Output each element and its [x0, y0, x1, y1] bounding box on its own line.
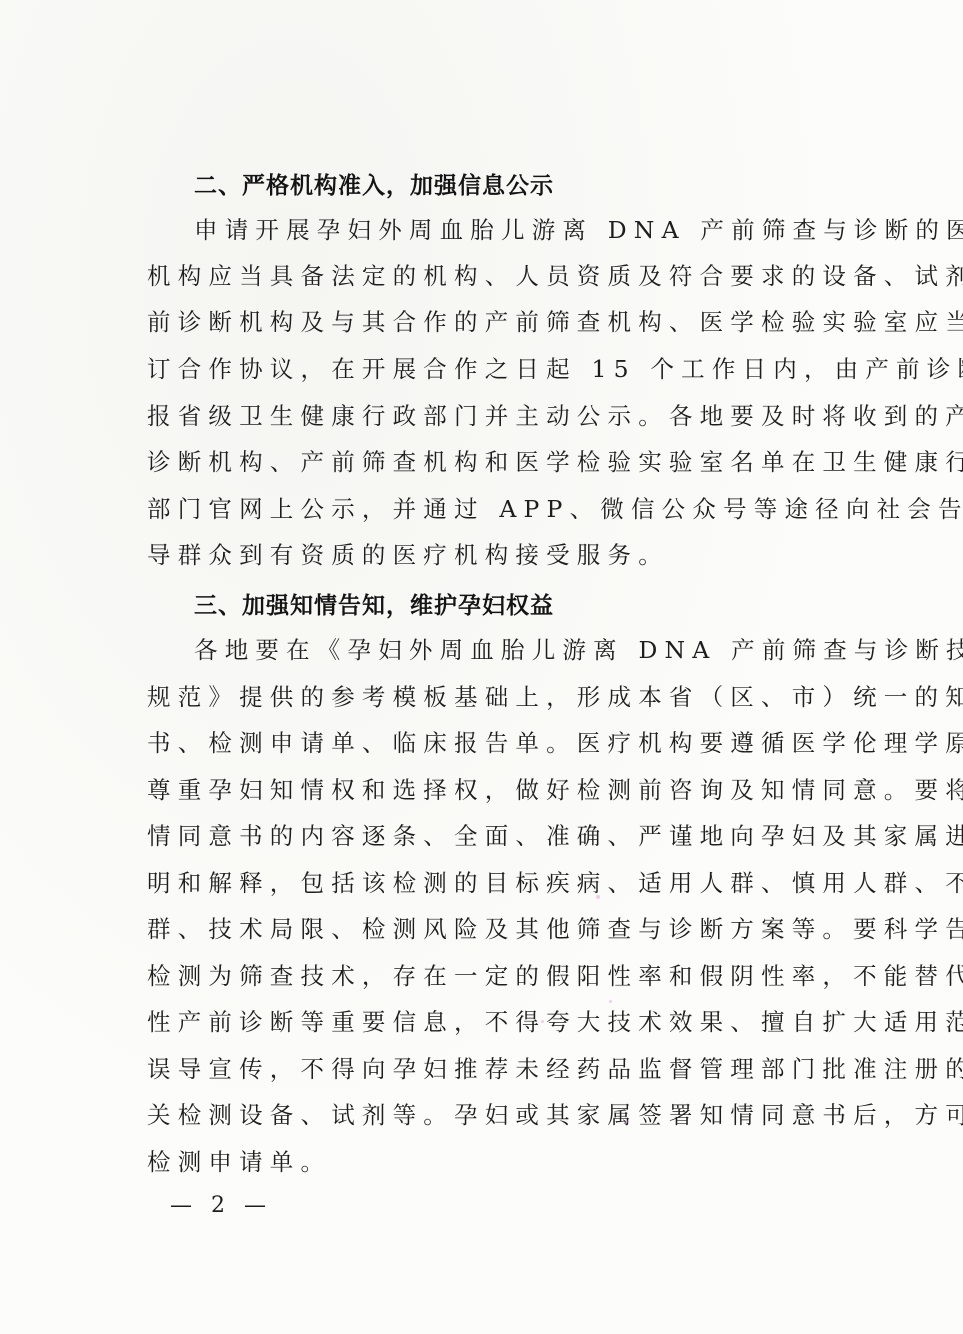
- page-number: — 2 —: [170, 1192, 272, 1220]
- paragraph-line: 检测申请单。: [147, 1148, 847, 1176]
- paragraph-line: 前诊断机构及与其合作的产前筛查机构、医学检验实验室应当签: [147, 308, 847, 336]
- paragraph-line: 检测为筛查技术，存在一定的假阳性率和假阴性率，不能替代介入: [147, 962, 847, 990]
- document-page: 二、严格机构准入，加强信息公示 申请开展孕妇外周血胎儿游离 DNA 产前筛查与诊…: [0, 0, 963, 1334]
- paragraph-line: 关检测设备、试剂等。孕妇或其家属签署知情同意书后，方可填写: [147, 1101, 847, 1129]
- paragraph-line: 规范》提供的参考模板基础上，形成本省（区、市）统一的知情同意: [147, 683, 847, 711]
- paragraph-line: 明和解释，包括该检测的目标疾病、适用人群、慎用人群、不适用人: [147, 869, 847, 897]
- scan-speck: [541, 1020, 544, 1023]
- paragraph-line: 性产前诊断等重要信息，不得夸大技术效果、擅自扩大适用范围和: [147, 1008, 847, 1036]
- paragraph-line: 订合作协议，在开展合作之日起 15 个工作日内，由产前诊断机构: [147, 355, 847, 383]
- paragraph-line: 部门官网上公示，并通过 APP、微信公众号等途径向社会告知，引: [147, 495, 847, 523]
- paragraph-line: 诊断机构、产前筛查机构和医学检验实验室名单在卫生健康行政: [147, 448, 847, 476]
- paragraph-line: 尊重孕妇知情权和选择权，做好检测前咨询及知情同意。要将知: [147, 776, 847, 804]
- scan-speck: [596, 895, 600, 899]
- paragraph-line: 群、技术局限、检测风险及其他筛查与诊断方案等。要科学告知该: [147, 915, 847, 943]
- section-heading-2: 二、严格机构准入，加强信息公示: [194, 172, 554, 200]
- paragraph-line: 导群众到有资质的医疗机构接受服务。: [147, 541, 847, 569]
- scan-speck: [626, 1120, 629, 1123]
- paragraph-line: 报省级卫生健康行政部门并主动公示。各地要及时将收到的产前: [147, 402, 847, 430]
- paragraph-line: 情同意书的内容逐条、全面、准确、严谨地向孕妇及其家属进行说: [147, 822, 847, 850]
- scan-speck: [609, 1000, 612, 1003]
- paragraph-line: 申请开展孕妇外周血胎儿游离 DNA 产前筛查与诊断的医疗: [194, 216, 847, 244]
- paragraph-line: 书、检测申请单、临床报告单。医疗机构要遵循医学伦理学原则，: [147, 729, 847, 757]
- paragraph-line: 误导宣传，不得向孕妇推荐未经药品监督管理部门批准注册的相: [147, 1055, 847, 1083]
- section-heading-3: 三、加强知情告知，维护孕妇权益: [194, 592, 554, 620]
- paragraph-line: 各地要在《孕妇外周血胎儿游离 DNA 产前筛查与诊断技术: [194, 636, 847, 664]
- paragraph-line: 机构应当具备法定的机构、人员资质及符合要求的设备、试剂。产: [147, 262, 847, 290]
